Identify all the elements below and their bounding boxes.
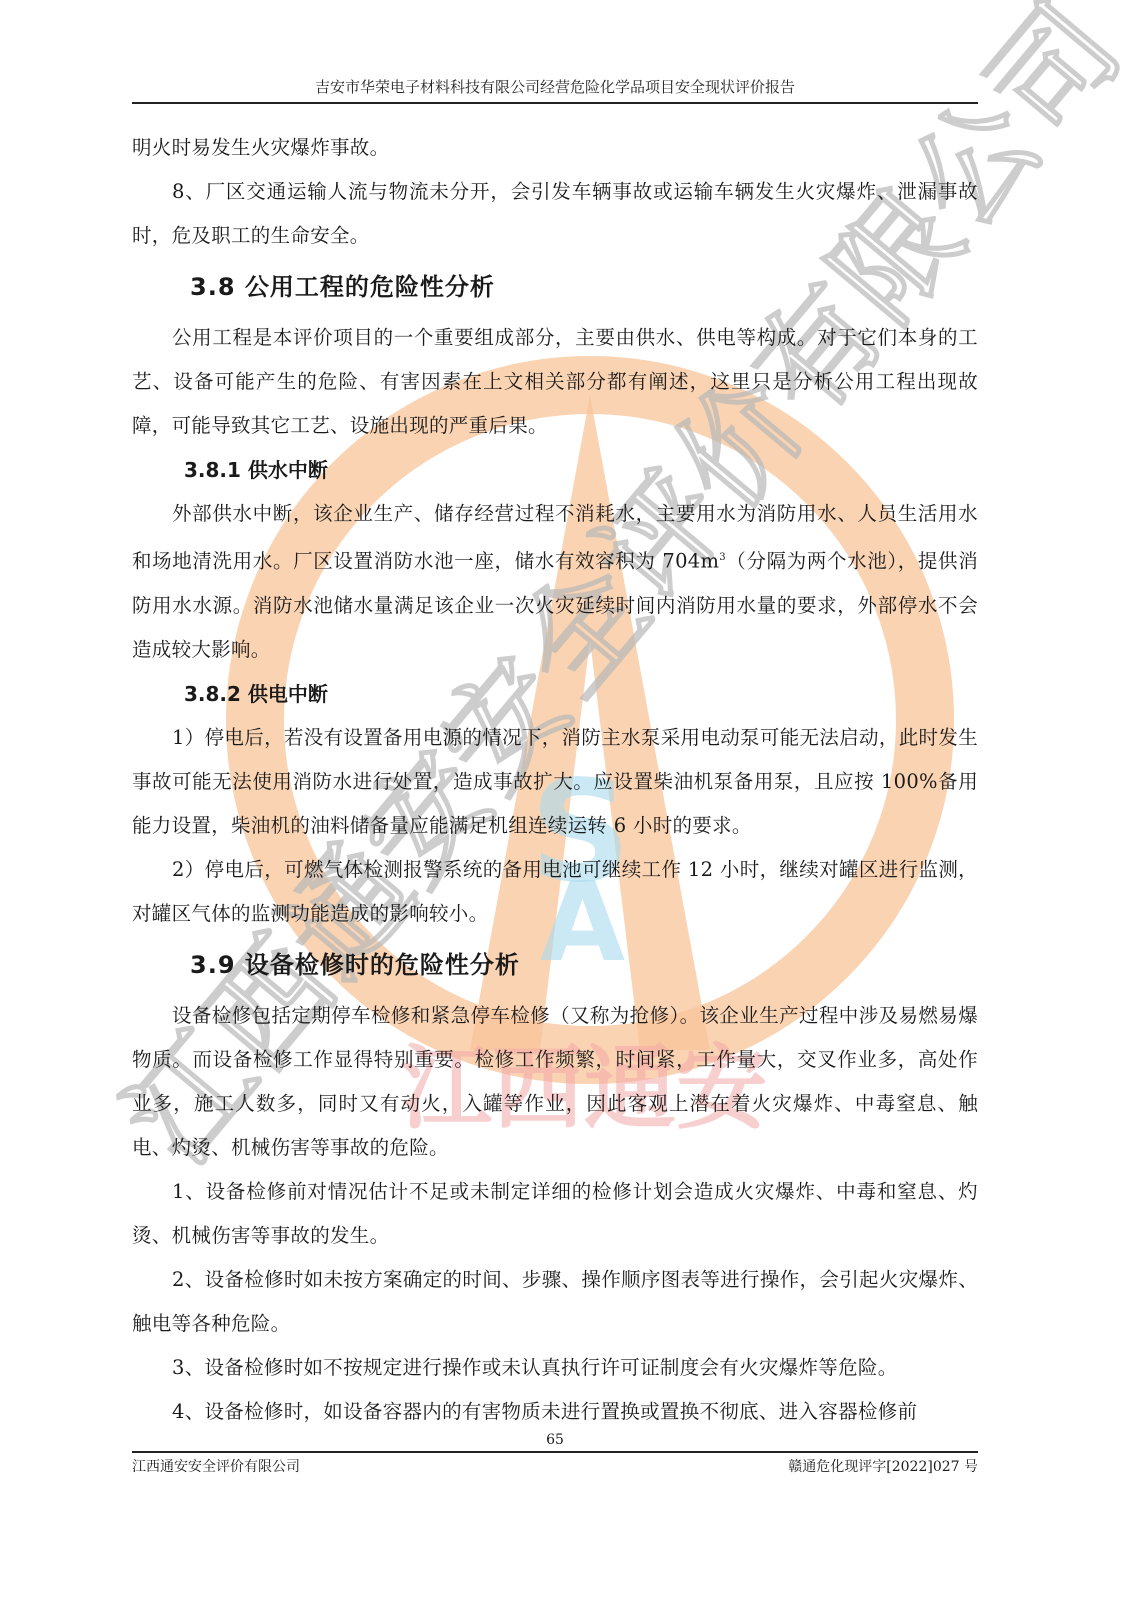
paragraph-maint-item-2: 2、设备检修时如未按方案确定的时间、步骤、操作顺序图表等进行操作，会引起火灾爆炸… xyxy=(132,1258,978,1346)
footer-report-number: 赣通危化现评字[2022]027 号 xyxy=(788,1456,978,1476)
paragraph-3-8-intro: 公用工程是本评价项目的一个重要组成部分，主要由供水、供电等构成。对于它们本身的工… xyxy=(132,316,978,448)
running-header: 吉安市华荣电子材料科技有限公司经营危险化学品项目安全现状评价报告 xyxy=(132,76,978,97)
cubic-superscript: 3 xyxy=(719,552,726,563)
page-number: 65 xyxy=(132,1432,978,1448)
paragraph-maint-item-4: 4、设备检修时，如设备容器内的有害物质未进行置换或置换不彻底、进入容器检修前 xyxy=(132,1390,978,1434)
paragraph-maint-item-1: 1、设备检修前对情况估计不足或未制定详细的检修计划会造成火灾爆炸、中毒和窒息、灼… xyxy=(132,1170,978,1258)
paragraph-3-9-intro: 设备检修包括定期停车检修和紧急停车检修（又称为抢修）。该企业生产过程中涉及易燃易… xyxy=(132,994,978,1170)
paragraph-3-8-1: 外部供水中断，该企业生产、储存经营过程不消耗水，主要用水为消防用水、人员生活用水… xyxy=(132,492,978,672)
heading-section-3-8-2: 3.8.2 供电中断 xyxy=(184,672,978,716)
paragraph-item-8: 8、厂区交通运输人流与物流未分开，会引发车辆事故或运输车辆发生火灾爆炸、泄漏事故… xyxy=(132,170,978,258)
paragraph-continuation: 明火时易发生火灾爆炸事故。 xyxy=(132,126,978,170)
footer-divider xyxy=(132,1451,978,1453)
heading-section-3-8: 3.8 公用工程的危险性分析 xyxy=(190,262,978,312)
heading-section-3-9: 3.9 设备检修时的危险性分析 xyxy=(190,940,978,990)
heading-section-3-8-1: 3.8.1 供水中断 xyxy=(184,448,978,492)
footer-company: 江西通安安全评价有限公司 xyxy=(132,1456,300,1476)
header-divider xyxy=(132,102,978,104)
paragraph-power-item-2: 2）停电后，可燃气体检测报警系统的备用电池可继续工作 12 小时，继续对罐区进行… xyxy=(132,848,978,936)
document-body: 明火时易发生火灾爆炸事故。 8、厂区交通运输人流与物流未分开，会引发车辆事故或运… xyxy=(132,126,978,1434)
paragraph-power-item-1: 1）停电后，若没有设置备用电源的情况下，消防主水泵采用电动泵可能无法启动，此时发… xyxy=(132,716,978,848)
paragraph-maint-item-3: 3、设备检修时如不按规定进行操作或未认真执行许可证制度会有火灾爆炸等危险。 xyxy=(132,1346,978,1390)
